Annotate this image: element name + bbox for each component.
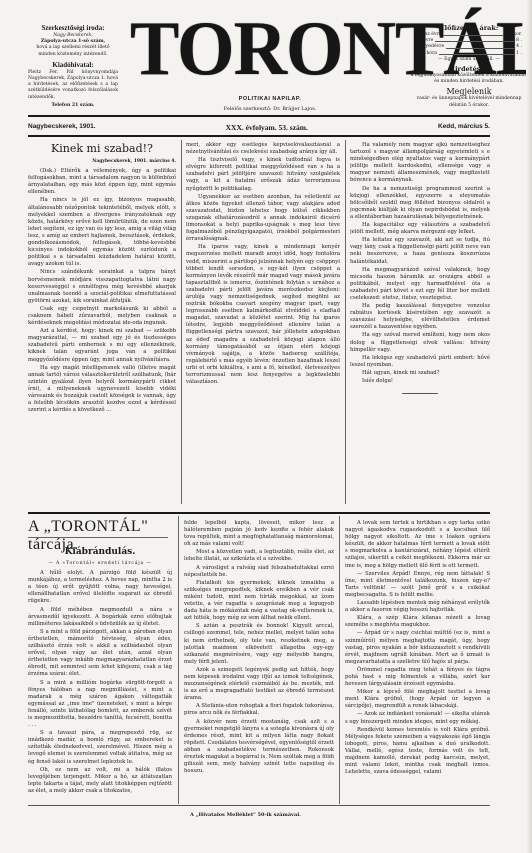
dateline: Nagybecskerek, 1901. XXX. évfolyam. 53. … — [28, 123, 490, 132]
paragraph: De ha a nemzetiségi programmod szerint a… — [350, 186, 490, 221]
paragraph: — Szerviles Árpád! Ennye, rég nem láttal… — [345, 571, 490, 599]
paragraph: Ha leitatsz egy szavazót, aki azt se tud… — [350, 237, 490, 265]
paragraph: Azt a kérdést, hogy: kinek mi szabad — s… — [28, 328, 176, 363]
column-divider — [339, 516, 340, 804]
column-divider — [345, 140, 346, 504]
paragraph: S a mint a föld párzigott, akkan a párob… — [28, 629, 172, 679]
editorial-office-box: Szerkesztőségi iroda: Nagy-Becskerek, Zá… — [28, 24, 118, 109]
feuilleton-title: Kiábrándulás. — [28, 546, 172, 558]
paragraph: Klára, a szép Klára kilanas nézett a lov… — [345, 615, 490, 629]
lead-article-column-2: meri, akkor egy esetleges képviselőválas… — [186, 142, 340, 504]
paragraph: Ha pedig kaszálással fenyegetve vonzolsz… — [350, 303, 490, 331]
paragraph: Oh, ez nem az volt, mi a hálók illatos l… — [28, 767, 172, 795]
paragraph: A Stefánia-uton rohogtak a fiori fogatok… — [184, 703, 334, 717]
subscription-box: Előfizetési árak: Egész évre16 kor. Félé… — [410, 24, 528, 109]
paragraph: S aztán a pesztrák és bonnok! Kigyult ar… — [184, 623, 334, 666]
paragraph: Lassabb lépésben mentek még néhányat eré… — [345, 600, 490, 614]
paragraph: Ha valamely nem magyar ajkú nemzetiséghe… — [350, 142, 490, 185]
paragraph: meri, akkor egy esetleges képviselőválas… — [186, 142, 340, 156]
paragraph: Ha iparos vagy, kinek a mindennapi kenyé… — [186, 244, 340, 386]
price-label: Egy hóra — [416, 51, 437, 57]
editorial-office-note-1: hová a lap szellemi részét illető — [28, 45, 118, 51]
column-divider — [181, 140, 182, 504]
paragraph: Ugyanekkor az esetben azonban, ha véletl… — [186, 194, 340, 244]
paragraph: Csak egy csipetnyit markolásunk ki abból… — [28, 306, 176, 327]
bottom-rule — [28, 805, 490, 806]
editorial-office-heading: Szerkesztőségi iroda: — [28, 24, 118, 33]
paragraph: — Árpád úr s nagy csichtai múlttő (ez is… — [345, 630, 490, 665]
feuilleton-rule — [28, 512, 490, 514]
publisher-office-heading: Kiadóhivatal: — [28, 61, 118, 70]
paragraph: Mikor a lépcső fölé meghajolt testtel a … — [345, 689, 490, 710]
paragraph: A városliget a ralváig siad felszabadult… — [184, 565, 334, 579]
newspaper-subtitle: POLITIKAI NAPILAP. — [200, 96, 340, 102]
paragraph: A föld méhében megmozdult a nára s árvas… — [28, 607, 172, 628]
supplement-note: A „Hivatalos Melléklet" 50-ik számával. — [190, 812, 301, 818]
paragraph: A lovak sem tértek a hírtikban s egy tar… — [345, 520, 490, 570]
paragraph: Most a közvetlen vadi, a legtisztább, re… — [184, 549, 334, 563]
feuilleton-column-1: Kiábrándulás. — A »Torontál« eredeti tár… — [28, 540, 172, 802]
newspaper-page: Szerkesztőségi iroda: Nagy-Becskerek, Zá… — [0, 0, 532, 853]
paragraph: Isíés dolga! — [350, 378, 490, 385]
paragraph: Hát ugyan, kinek mi szabad? — [350, 370, 490, 377]
paragraph: A hűlő elolyt. A párzigó föld készült új… — [28, 570, 172, 605]
paragraph: Nincs szándékunk sorainkat a talpra hány… — [28, 269, 176, 304]
publisher-office-text: Pleitz Fer. Pál könyvnyomdája Nagybecske… — [28, 70, 118, 101]
paragraph: Ha tisztviselő vagy, s kinek tudtodnál f… — [186, 157, 340, 192]
paragraph: Rendkívül kemes teremtés is volt Klára g… — [345, 727, 490, 777]
paragraph: felde lepelből kapta, lövéseit, mikor le… — [184, 520, 334, 548]
feuilleton-header-rule — [28, 537, 168, 538]
lead-article-column-1: Kinek mi szabad!? Nagybecskerek, 1901. m… — [28, 142, 176, 504]
editor-line: Felelős szerkesztő: Dr. Brájjer Lajos. — [180, 106, 360, 112]
paragraph: Örömmel ragadta meg tehát a fényes és tá… — [345, 667, 490, 688]
paragraph: (Dsk.) Eltérők a vélemények, úgy a polit… — [28, 168, 176, 196]
issue-date: Kedd, március 5. — [438, 123, 490, 132]
publication-schedule: vasár- és ünnepnapok kivételével mindenn… — [410, 96, 528, 108]
paragraph: Ha egy magát intelligensnek valló (illet… — [28, 365, 176, 415]
feuilleton-subtitle: — A »Torontál« eredeti tárcája — — [28, 560, 172, 567]
lead-article-column-3: Ha valamely nem magyar ajkú nemzetiséghe… — [350, 142, 490, 504]
newspaper-title: TORONTÁL — [130, 10, 410, 88]
feuilleton-column-2: felde lepelből kapta, lövéseit, mikor le… — [184, 520, 334, 802]
lead-article-dateline: Nagybecskerek, 1901. március 4. — [28, 158, 176, 165]
masthead-rule-bottom — [28, 135, 490, 137]
paragraph: Azok a szinegett legények pedig azt hitt… — [184, 667, 334, 702]
feuilleton-column-3: A lovak sem tértek a hírtikban s egy tar… — [345, 520, 490, 802]
masthead-rule-top — [28, 115, 490, 117]
paragraph: A közvér nem érzett mostanáig, csak azlt… — [184, 719, 334, 776]
paragraph: Fiatalkoli kis gyermekek, kiknek izmaikb… — [184, 580, 334, 623]
paragraph: Ha kapacitálsz egy választóra a szabadel… — [350, 222, 490, 236]
lead-article-title: Kinek mi szabad!? — [28, 142, 176, 156]
paragraph: S a mint a millióm bogárka sürgött-forgo… — [28, 680, 172, 730]
article-end-rule — [402, 393, 438, 394]
paragraph: Ha egy szóval mered említeni, hogy nem o… — [350, 332, 490, 353]
paragraph: Ha lekügsz egy szabadelvű párti embert: … — [350, 355, 490, 369]
column-divider — [178, 516, 179, 804]
paragraph: — Azok az indiánkeit vonásnak! — sikolta… — [345, 711, 490, 725]
subscription-heading: Előfizetési árak: — [410, 24, 528, 32]
single-copy-price: — Egyes szám ára 8 fill. — — [410, 57, 528, 63]
paragraph: Ha nincs is jól ez így, bizonyos magasab… — [28, 197, 176, 268]
paragraph: Ha megmagyarázod szóval valakinek, hogy … — [350, 267, 490, 302]
ads-text: a legjutányosabban közöltetnek a kiadóhi… — [410, 73, 528, 85]
paragraph: S a tavaszi pára, a megrepesztő rög, az … — [28, 730, 172, 765]
phone-number: Telefon 21 szám. — [28, 103, 118, 109]
editorial-office-note-2: minden közlemény intézendő. — [28, 52, 118, 58]
ads-heading: Hirdetések — [410, 65, 528, 73]
price-value: 1 . — [516, 51, 522, 57]
page-edge-shadow — [526, 0, 532, 853]
volume-number: XXX. évfolyam. 53. szám. — [226, 123, 308, 132]
place-year: Nagybecskerek, 1901. — [28, 123, 96, 132]
